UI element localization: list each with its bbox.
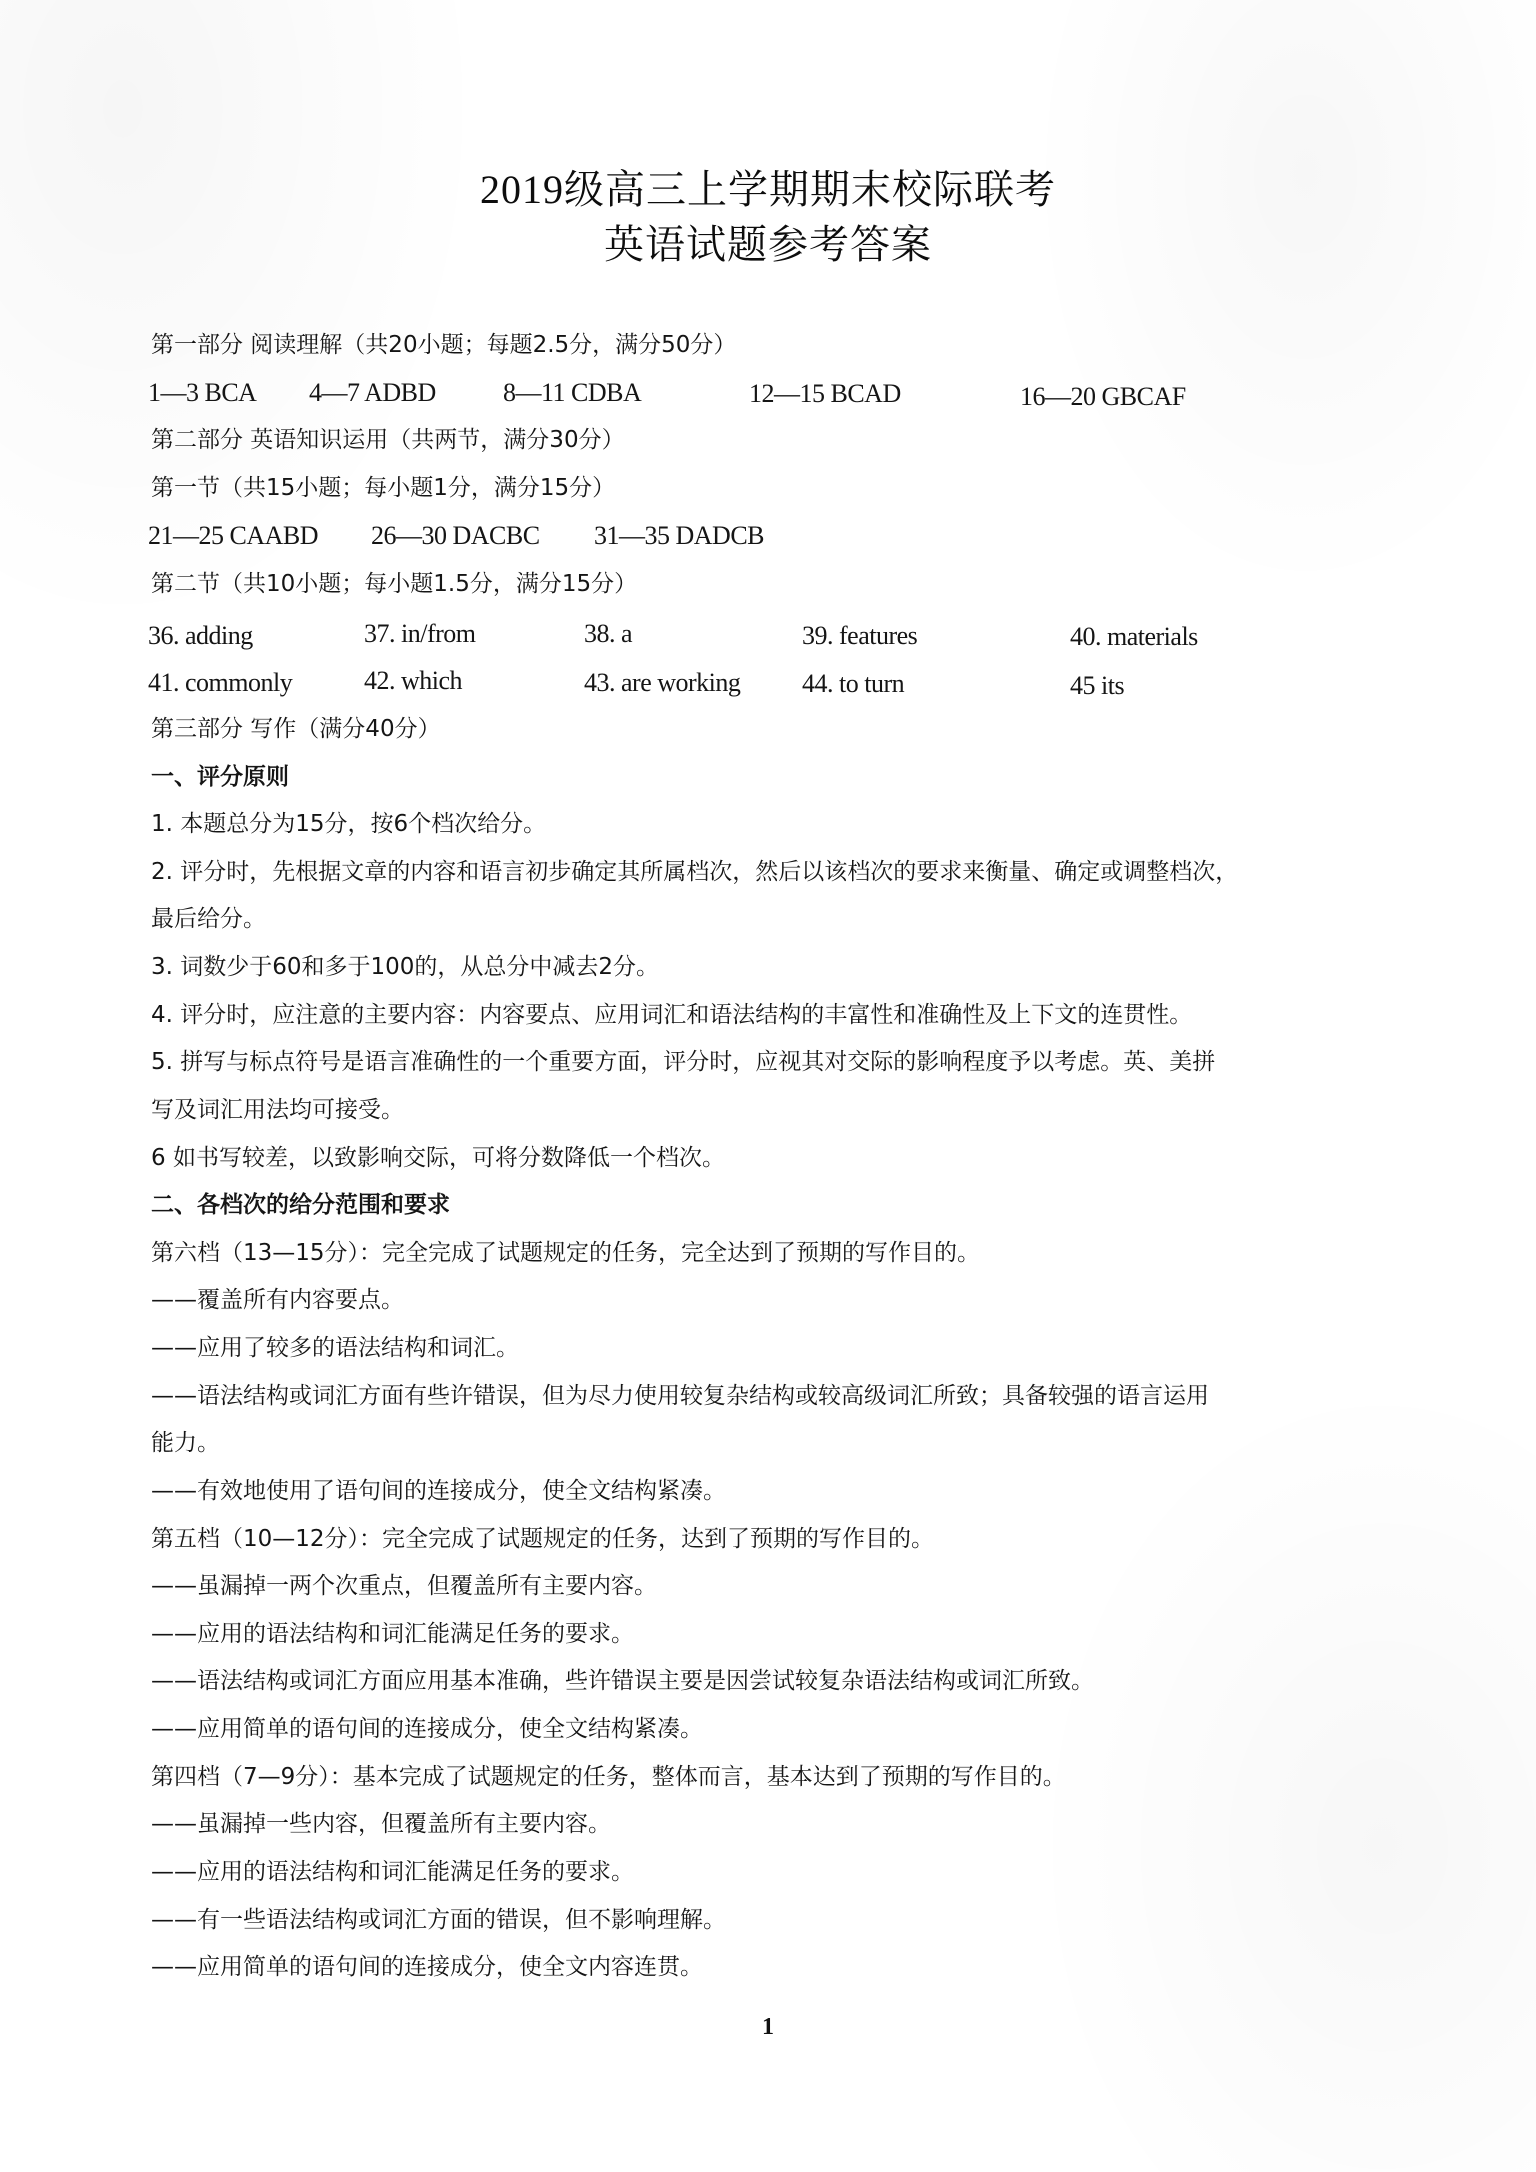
part2-section2-heading: 第二节（共10小题；每小题1.5分，满分15分）	[151, 569, 637, 599]
level-criterion: ——语法结构或词汇方面应用基本准确，些许错误主要是因尝试较复杂语法结构或词汇所致…	[151, 1666, 1094, 1696]
principle-item-continued: 写及词汇用法均可接受。	[151, 1095, 404, 1125]
answer-group: 1—3 BCA	[148, 378, 256, 408]
part3-heading: 第三部分 写作（满分40分）	[151, 714, 441, 744]
principle-item: 6 如书写较差，以致影响交际，可将分数降低一个档次。	[151, 1143, 725, 1173]
answer-group: 12—15 BCAD	[749, 379, 901, 409]
levels-heading: 二、各档次的给分范围和要求	[151, 1190, 450, 1220]
principle-item-continued: 最后给分。	[151, 904, 266, 934]
level-criterion: ——应用的语法结构和词汇能满足任务的要求。	[151, 1619, 634, 1649]
level-criterion: ——有一些语法结构或词汇方面的错误，但不影响理解。	[151, 1905, 726, 1935]
answer-item: 43. are working	[584, 668, 740, 698]
level-criterion: ——应用的语法结构和词汇能满足任务的要求。	[151, 1857, 634, 1887]
level-criterion: ——虽漏掉一些内容，但覆盖所有主要内容。	[151, 1809, 611, 1839]
answer-group: 16—20 GBCAF	[1020, 382, 1186, 412]
level-criterion: ——应用了较多的语法结构和词汇。	[151, 1333, 519, 1363]
scan-background	[0, 0, 1536, 2172]
principle-item: 2. 评分时，先根据文章的内容和语言初步确定其所属档次，然后以该档次的要求来衡量…	[151, 857, 1238, 887]
answer-group: 31—35 DADCB	[594, 521, 764, 551]
part2-section1-heading: 第一节（共15小题；每小题1分，满分15分）	[151, 473, 615, 503]
level-criterion: ——语法结构或词汇方面有些许错误，但为尽力使用较复杂结构或较高级词汇所致；具备较…	[151, 1381, 1209, 1411]
answer-group: 26—30 DACBC	[371, 521, 540, 551]
principle-item: 3. 词数少于60和多于100的，从总分中减去2分。	[151, 952, 659, 982]
principle-item: 5. 拼写与标点符号是语言准确性的一个重要方面，评分时，应视其对交际的影响程度予…	[151, 1047, 1215, 1077]
answer-item: 42. which	[364, 666, 462, 696]
answer-group: 8—11 CDBA	[503, 378, 641, 408]
answer-item: 38. a	[584, 619, 632, 649]
answer-group: 21—25 CAABD	[148, 521, 318, 551]
document-subtitle: 英语试题参考答案	[0, 221, 1536, 269]
level-criterion: ——覆盖所有内容要点。	[151, 1285, 404, 1315]
principle-item: 1. 本题总分为15分，按6个档次给分。	[151, 809, 546, 839]
answer-item: 45 its	[1070, 671, 1124, 701]
part1-heading: 第一部分 阅读理解（共20小题；每题2.5分，满分50分）	[151, 330, 736, 360]
level-criterion: ——有效地使用了语句间的连接成分，使全文结构紧凑。	[151, 1476, 726, 1506]
level-criterion: ——虽漏掉一两个次重点，但覆盖所有主要内容。	[151, 1571, 657, 1601]
level-criterion: ——应用简单的语句间的连接成分，使全文结构紧凑。	[151, 1714, 703, 1744]
answer-item: 39. features	[802, 621, 917, 651]
level-criterion-continued: 能力。	[151, 1428, 220, 1458]
answer-item: 40. materials	[1070, 622, 1198, 652]
answer-item: 36. adding	[148, 621, 253, 651]
answer-item: 37. in/from	[364, 619, 476, 649]
answer-item: 41. commonly	[148, 668, 292, 698]
answer-item: 44. to turn	[802, 669, 904, 699]
part2-heading: 第二部分 英语知识运用（共两节，满分30分）	[151, 425, 625, 455]
answer-group: 4—7 ADBD	[309, 378, 436, 408]
level-criterion: ——应用简单的语句间的连接成分，使全文内容连贯。	[151, 1952, 703, 1982]
principles-heading: 一、评分原则	[151, 762, 289, 792]
level-heading: 第五档（10—12分）：完全完成了试题规定的任务，达到了预期的写作目的。	[151, 1524, 934, 1554]
level-heading: 第四档（7—9分）：基本完成了试题规定的任务，整体而言，基本达到了预期的写作目的…	[151, 1762, 1066, 1792]
document-title: 2019级高三上学期期末校际联考	[0, 166, 1536, 214]
principle-item: 4. 评分时，应注意的主要内容：内容要点、应用词汇和语法结构的丰富性和准确性及上…	[151, 1000, 1192, 1030]
page-number: 1	[0, 2014, 1536, 2041]
level-heading: 第六档（13—15分）：完全完成了试题规定的任务，完全达到了预期的写作目的。	[151, 1238, 980, 1268]
